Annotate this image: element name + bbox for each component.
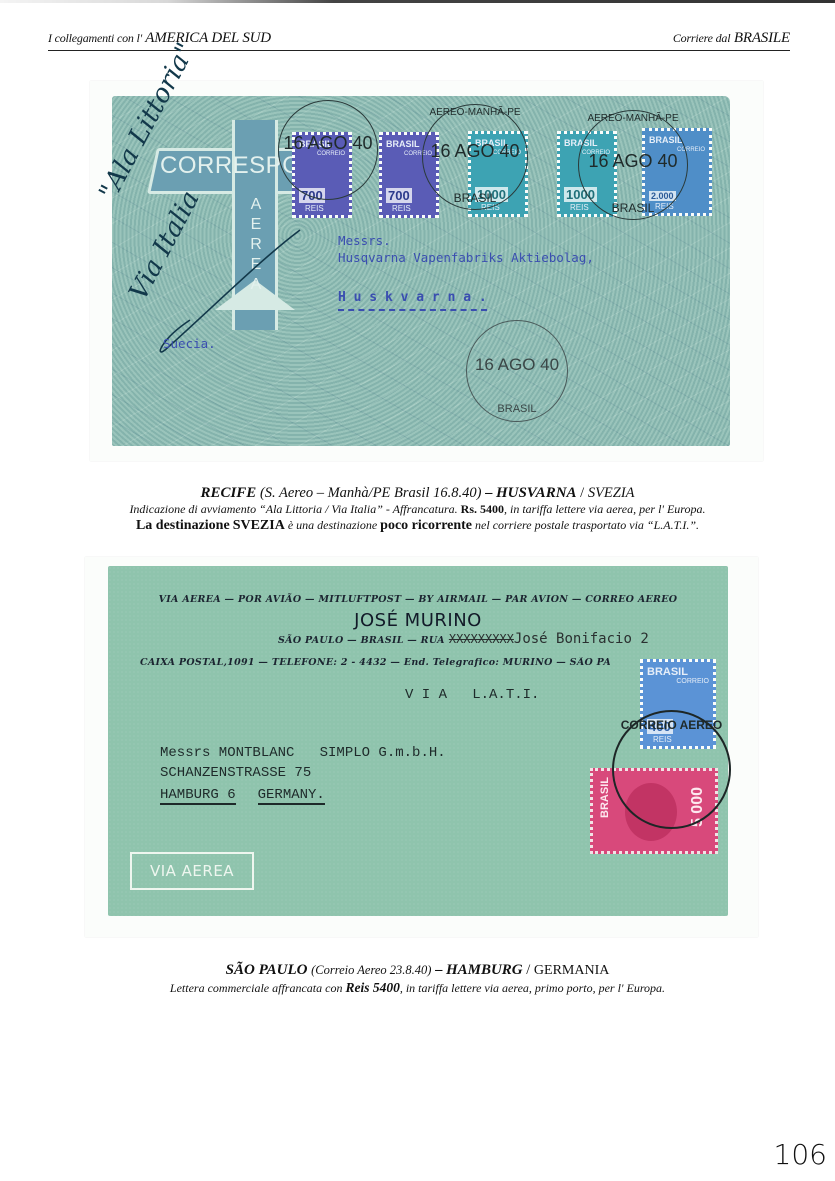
- postmark-circle: 16 AGO 40: [278, 100, 378, 200]
- caption-separator: /: [580, 485, 584, 501]
- caption-note-rarity: poco ricorrente: [380, 518, 472, 533]
- cover2-caption: SÃO PAULO (Correio Aereo 23.8.40) – HAMB…: [0, 962, 835, 997]
- address-recipient: Husqvarna Vapenfabriks Aktiebolag,: [338, 250, 594, 265]
- postmark-ring-text: CORREIO AEREO: [614, 718, 729, 732]
- postmark-country: BRASIL: [423, 191, 527, 205]
- recipient-line2: SCHANZENSTRASSE 75: [160, 765, 311, 781]
- sender-address-struck: XXXXXXXXX: [449, 632, 514, 646]
- header-right-prefix: Corriere dal: [673, 31, 731, 45]
- sender-address-line: SÃO PAULO — BRASIL — RUA XXXXXXXXXJosé B…: [278, 630, 649, 648]
- stamp-currency: REIS: [392, 204, 411, 213]
- caption-amount: Rs. 5400: [461, 502, 504, 516]
- postmark-circle: AEREO-MANHÃ-PE 16 AGO 40 BRASIL: [578, 110, 688, 220]
- postmark-country: BRASIL: [579, 201, 687, 215]
- header-right-title: BRASILE: [734, 30, 790, 46]
- airmail-multilingual-line: VIA AEREA — POR AVIÃO — MITLUFTPOST — BY…: [108, 594, 728, 605]
- postmark-ring-text: AEREO-MANHÃ-PE: [423, 107, 527, 118]
- postmark-circle: CORREIO AEREO: [612, 710, 731, 829]
- stamp-country: BRASIL: [647, 666, 688, 678]
- caption-note-line: La destinazione SVEZIA è una destinazion…: [0, 517, 835, 534]
- stamp-country: BRASIL: [386, 139, 420, 149]
- header-left-title: AMERICA DEL SUD: [145, 30, 271, 46]
- stamp-value: 700: [386, 188, 412, 203]
- sender-address-typed: José Bonifacio 2: [514, 631, 649, 647]
- header-chapter-title: Corriere dal BRASILE: [673, 30, 790, 47]
- routing-instruction: V I A L.A.T.I.: [405, 687, 539, 703]
- caption-origin-detail: (Correio Aereo 23.8.40): [311, 963, 431, 977]
- caption-separator: /: [526, 962, 530, 978]
- caption-text: è una destinazione: [288, 518, 377, 532]
- cover1-caption: RECIFE (S. Aereo – Manhà/PE Brasil 16.8.…: [0, 485, 835, 534]
- caption-text: , in tariffa lettere via aerea, primo po…: [400, 981, 665, 995]
- address-city: H u s k v a r n a .: [338, 290, 487, 311]
- postmark-date: 16 AGO 40: [579, 151, 687, 172]
- recipient-line1: Messrs MONTBLANC SIMPLO G.m.b.H.: [160, 745, 446, 761]
- caption-description-line: Lettera commerciale affrancata con Reis …: [0, 979, 835, 997]
- header-section-title: I collegamenti con l' AMERICA DEL SUD: [48, 30, 271, 47]
- caption-dash: –: [435, 962, 442, 978]
- postmark-date: 16 AGO 40: [423, 141, 527, 162]
- caption-destination-country: GERMANIA: [534, 963, 609, 978]
- caption-origin-detail: (S. Aereo – Manhà/PE Brasil 16.8.40): [260, 485, 482, 501]
- caption-route-line: RECIFE (S. Aereo – Manhà/PE Brasil 16.8.…: [0, 485, 835, 501]
- stamp-label: CORREIO: [676, 678, 709, 685]
- stamp-currency: REIS: [305, 204, 324, 213]
- caption-note-country: SVEZIA: [233, 518, 285, 533]
- caption-description-line: Indicazione di avviamento “Ala Littoria …: [0, 501, 835, 517]
- page-number: 106: [774, 1138, 827, 1171]
- address-salutation: Messrs.: [338, 233, 391, 248]
- recipient-city: HAMBURG 6: [160, 787, 236, 805]
- caption-text: Indicazione di avviamento “Ala Littoria …: [129, 502, 457, 516]
- caption-destination: HAMBURG: [446, 962, 523, 978]
- caption-destination-country: SVEZIA: [588, 485, 635, 501]
- header-left-prefix: I collegamenti con l': [48, 31, 142, 45]
- caption-text: Lettera commerciale affrancata con: [170, 981, 343, 995]
- stamp-country: BRASIL: [599, 777, 611, 818]
- postmark-date: 16 AGO 40: [279, 133, 377, 154]
- recipient-line3: HAMBURG 6 GERMANY.: [160, 785, 325, 803]
- sender-name: JOSÉ MURINO: [108, 610, 728, 631]
- via-aerea-label: VIA AEREA: [130, 852, 254, 890]
- arrival-postmark-circle: 16 AGO 40 BRASIL: [466, 320, 568, 422]
- caption-origin: RECIFE: [200, 485, 256, 501]
- page-top-edge: [0, 0, 835, 3]
- caption-text: nel corriere postale trasportato via “L.…: [475, 518, 699, 532]
- caption-route-line: SÃO PAULO (Correio Aereo 23.8.40) – HAMB…: [0, 962, 835, 979]
- postmark-country: BRASIL: [467, 403, 567, 415]
- recipient-country: GERMANY.: [258, 787, 325, 805]
- postmark-circle: AEREO-MANHÃ-PE 16 AGO 40 BRASIL: [422, 104, 528, 210]
- caption-destination: HUSVARNA: [496, 485, 577, 501]
- postmark-date: 16 AGO 40: [467, 355, 567, 375]
- page-header: I collegamenti con l' AMERICA DEL SUD Co…: [48, 28, 790, 51]
- caption-origin: SÃO PAULO: [226, 962, 308, 978]
- sender-address-printed: SÃO PAULO — BRASIL — RUA: [278, 635, 445, 646]
- address-country: Suecia.: [163, 336, 216, 351]
- caption-note-lead: La destinazione: [136, 518, 230, 533]
- caption-dash: –: [485, 485, 492, 501]
- caption-text: , in tariffa lettere via aerea, per l' E…: [504, 502, 706, 516]
- caption-amount: Reis 5400: [345, 980, 399, 995]
- postmark-ring-text: AEREO-MANHÃ-PE: [579, 113, 687, 124]
- sender-contact-line: CAIXA POSTAL,1091 — TELEFONE: 2 - 4432 —…: [140, 657, 610, 668]
